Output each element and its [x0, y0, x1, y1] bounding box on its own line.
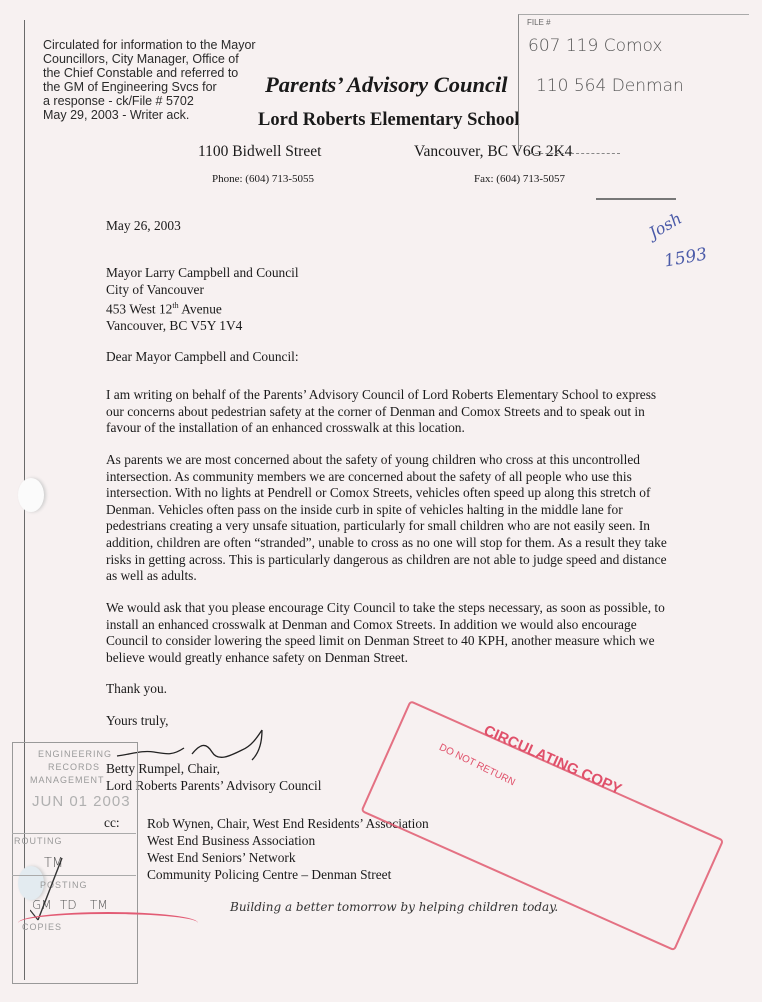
salutation: Dear Mayor Campbell and Council: [106, 349, 299, 366]
signer-org: Lord Roberts Parents’ Advisory Council [106, 778, 321, 795]
letterhead-fax: Fax: (604) 713-5057 [474, 173, 565, 185]
letterhead-phone: Phone: (604) 713-5055 [212, 173, 314, 185]
recipient-address: Mayor Larry Campbell and Council City of… [106, 265, 299, 335]
letter-date: May 26, 2003 [106, 218, 181, 235]
school-name: Lord Roberts Elementary School [258, 110, 520, 131]
paragraph-2: As parents we are most concerned about t… [106, 452, 676, 585]
file-label: FILE # [527, 18, 551, 27]
thanks: Thank you. [106, 681, 167, 698]
cc-item: Community Policing Centre – Denman Stree… [147, 866, 429, 883]
recipient-street: 453 West 12th Avenue [106, 298, 299, 318]
paragraph-1: I am writing on behalf of the Parents’ A… [106, 387, 676, 437]
margin-note-name: Josh [646, 209, 685, 243]
posting-cell: TM [90, 898, 108, 912]
punch-hole [18, 478, 44, 512]
records-stamp-date: JUN 01 2003 [32, 793, 131, 810]
org-name: Parents’ Advisory Council [265, 72, 508, 98]
cc-item: West End Seniors’ Network [147, 849, 429, 866]
cc-list: Rob Wynen, Chair, West End Residents’ As… [147, 815, 429, 883]
file-box-dash [530, 153, 620, 154]
file-annotation-line1: 607 119 Comox [528, 36, 662, 56]
letterhead-city: Vancouver, BC V6G 2K4 [414, 143, 572, 161]
cc-item: West End Business Association [147, 832, 429, 849]
margin-note-number: 1593 [663, 244, 709, 271]
file-box-rule [518, 126, 519, 156]
tagline: Building a better tomorrow by helping ch… [230, 900, 558, 914]
circulation-note: Circulated for information to the Mayor … [43, 38, 256, 122]
file-number-box [518, 14, 749, 127]
file-annotation-line2: 110 564 Denman [536, 76, 684, 96]
letterhead-street: 1100 Bidwell Street [198, 143, 321, 161]
paragraph-3: We would ask that you please encourage C… [106, 600, 676, 666]
red-underline [18, 912, 198, 934]
margin-rule-short [596, 198, 676, 200]
